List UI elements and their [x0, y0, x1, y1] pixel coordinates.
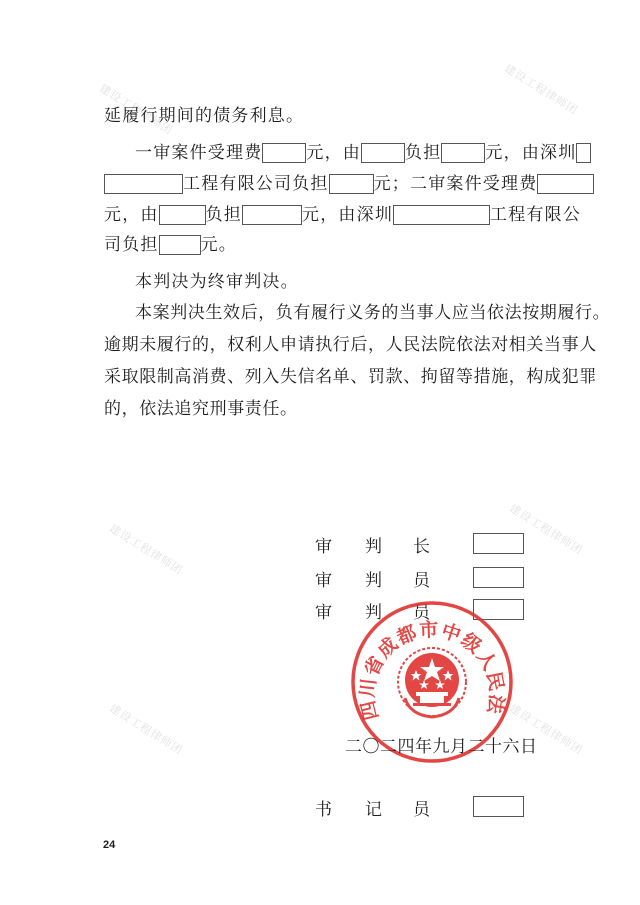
label-char: 长 — [413, 532, 430, 557]
text: 逾期未履行的，权利人申请执行后，人民法院依法对相关当事人 — [104, 335, 597, 355]
watermark: 建设工程律师团 — [107, 700, 187, 758]
label-char: 判 — [365, 566, 382, 591]
redacted-party-field — [361, 143, 405, 163]
redacted-name-field — [473, 567, 524, 588]
redacted-amount-field — [537, 174, 594, 194]
redacted-amount-field — [242, 205, 302, 225]
label-char: 判 — [365, 532, 382, 557]
signature-row-judge: 审 判 员 — [0, 566, 640, 590]
watermark: 建设工程律师团 — [502, 60, 582, 118]
label-char: 审 — [315, 598, 332, 623]
costs-line-2: 工程有限公司负担元；二审案件受理费 — [104, 173, 594, 195]
paragraph-line: 延履行期间的债务利息。 — [104, 105, 304, 127]
text: 元。 — [201, 235, 237, 255]
redacted-company-field — [104, 174, 183, 194]
enforcement-line-4: 的，依法追究刑事责任。 — [104, 398, 298, 420]
label-char: 员 — [413, 795, 430, 820]
redacted-name-field — [473, 533, 524, 554]
signature-row-judge: 审 判 员 — [0, 598, 640, 622]
text: 元，由深圳 — [485, 143, 576, 163]
text: 本判决为终审判决。 — [135, 272, 299, 292]
text: 元，由 — [306, 143, 361, 163]
signature-row-presiding-judge: 审 判 长 — [0, 532, 640, 556]
text: 负担 — [206, 205, 242, 225]
document-page: 建设工程律师团 建设工程律师团 建设工程律师团 建设工程律师团 建设工程律师团 … — [0, 0, 640, 905]
redacted-amount-field — [262, 143, 306, 163]
label-char: 记 — [365, 795, 382, 820]
text: 本案判决生效后，负有履行义务的当事人应当依法按期履行。 — [135, 303, 610, 323]
text: 工程有限公司负担 — [183, 174, 329, 194]
redacted-amount-field — [329, 174, 374, 194]
redacted-company-field — [576, 143, 591, 163]
redacted-name-field — [473, 796, 524, 817]
text: 工程有限公 — [490, 205, 581, 225]
redacted-party-field — [159, 205, 206, 225]
label-char: 书 — [315, 795, 332, 820]
redacted-amount-field — [159, 235, 201, 255]
costs-line-1: 一审案件受理费元，由负担元，由深圳 — [135, 142, 591, 164]
text: 元，由 — [104, 205, 159, 225]
label-char: 员 — [413, 566, 430, 591]
text: 元，由深圳 — [302, 205, 393, 225]
text: 一审案件受理费 — [135, 143, 262, 163]
signature-row-clerk: 书 记 员 — [0, 795, 640, 819]
enforcement-line-3: 采取限制高消费、列入失信名单、罚款、拘留等措施，构成犯罪 — [104, 366, 597, 388]
label-char: 审 — [315, 566, 332, 591]
text: 的，依法追究刑事责任。 — [104, 399, 298, 419]
enforcement-line-2: 逾期未履行的，权利人申请执行后，人民法院依法对相关当事人 — [104, 334, 597, 356]
text: 司负担 — [104, 235, 159, 255]
text: 负担 — [405, 143, 441, 163]
text: 采取限制高消费、列入失信名单、罚款、拘留等措施，构成犯罪 — [104, 367, 597, 387]
text: 元；二审案件受理费 — [374, 174, 538, 194]
redacted-company-field — [393, 205, 490, 225]
text: 延履行期间的债务利息。 — [104, 106, 304, 126]
label-char: 审 — [315, 532, 332, 557]
costs-line-4: 司负担元。 — [104, 234, 237, 256]
redacted-amount-field — [441, 143, 485, 163]
final-judgment-line: 本判决为终审判决。 — [135, 271, 299, 293]
page-number: 24 — [103, 839, 115, 851]
enforcement-line-1: 本案判决生效后，负有履行义务的当事人应当依法按期履行。 — [135, 302, 610, 324]
judgment-date: 二〇二四年九月二十六日 — [345, 732, 538, 757]
costs-line-3: 元，由负担元，由深圳工程有限公 — [104, 204, 581, 226]
